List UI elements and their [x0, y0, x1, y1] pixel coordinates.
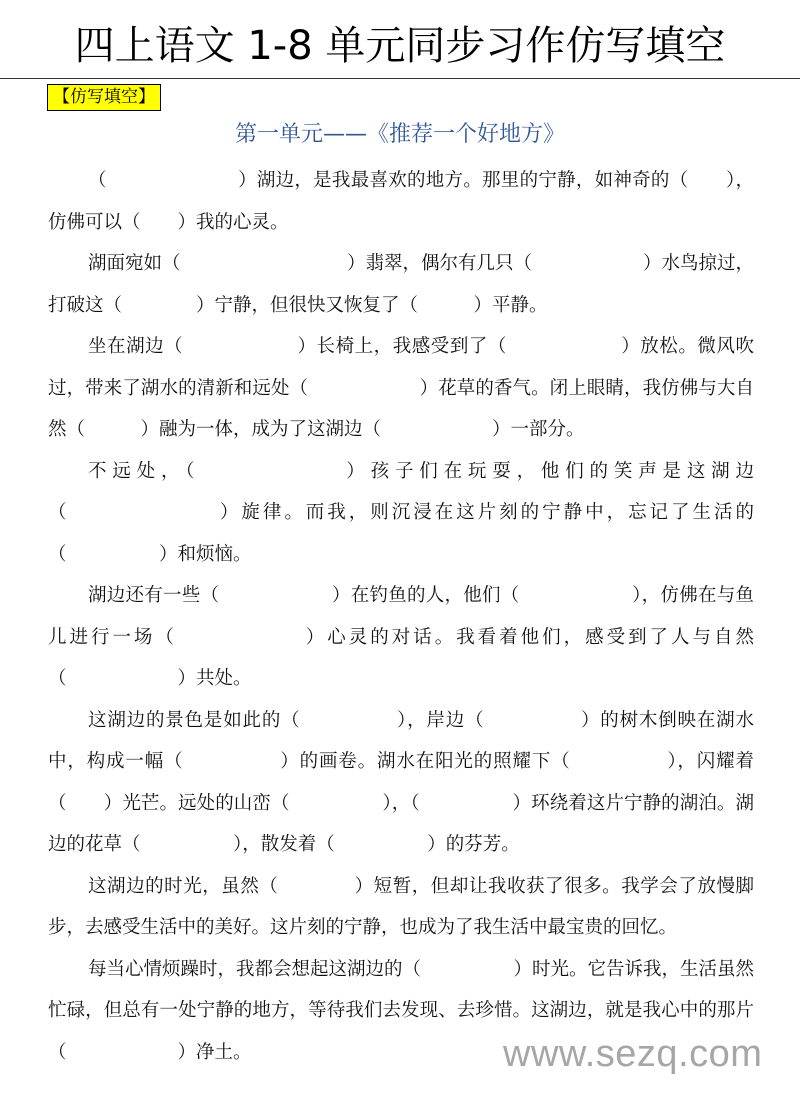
- paragraph-2: 湖面宛如（ ）翡翠，偶尔有几只（ ）水鸟掠过，打破这（ ）宁静，但很快又恢复了（…: [48, 243, 754, 326]
- unit-subtitle: 第一单元——《推荐一个好地方》: [0, 119, 800, 151]
- paragraph-3: 坐在湖边（ ）长椅上，我感受到了（ ）放松。微风吹过，带来了湖水的清新和远处（ …: [48, 326, 754, 451]
- title-divider: [0, 78, 800, 79]
- watermark: www.sezq.com: [503, 1032, 762, 1076]
- paragraph-5: 湖边还有一些（ ）在钓鱼的人，他们（ ），仿佛在与鱼儿进行一场（ ）心灵的对话。…: [48, 575, 754, 700]
- paragraph-6: 这湖边的景色是如此的（ ），岸边（ ）的树木倒映在湖水中，构成一幅（ ）的画卷。…: [48, 700, 754, 866]
- paragraph-7: 这湖边的时光，虽然（ ）短暂，但却让我收获了很多。我学会了放慢脚步，去感受生活中…: [48, 866, 754, 949]
- exercise-body: （ ）湖边，是我最喜欢的地方。那里的宁静，如神奇的（ ），仿佛可以（ ）我的心灵…: [48, 160, 754, 1073]
- document-title: 四上语文 1-8 单元同步习作仿写填空: [0, 22, 800, 70]
- paragraph-4: 不远处，（ ）孩子们在玩耍，他们的笑声是这湖边（ ）旋律。而我，则沉浸在这片刻的…: [48, 451, 754, 576]
- paragraph-1: （ ）湖边，是我最喜欢的地方。那里的宁静，如神奇的（ ），仿佛可以（ ）我的心灵…: [48, 160, 754, 243]
- section-label: 【仿写填空】: [47, 84, 161, 111]
